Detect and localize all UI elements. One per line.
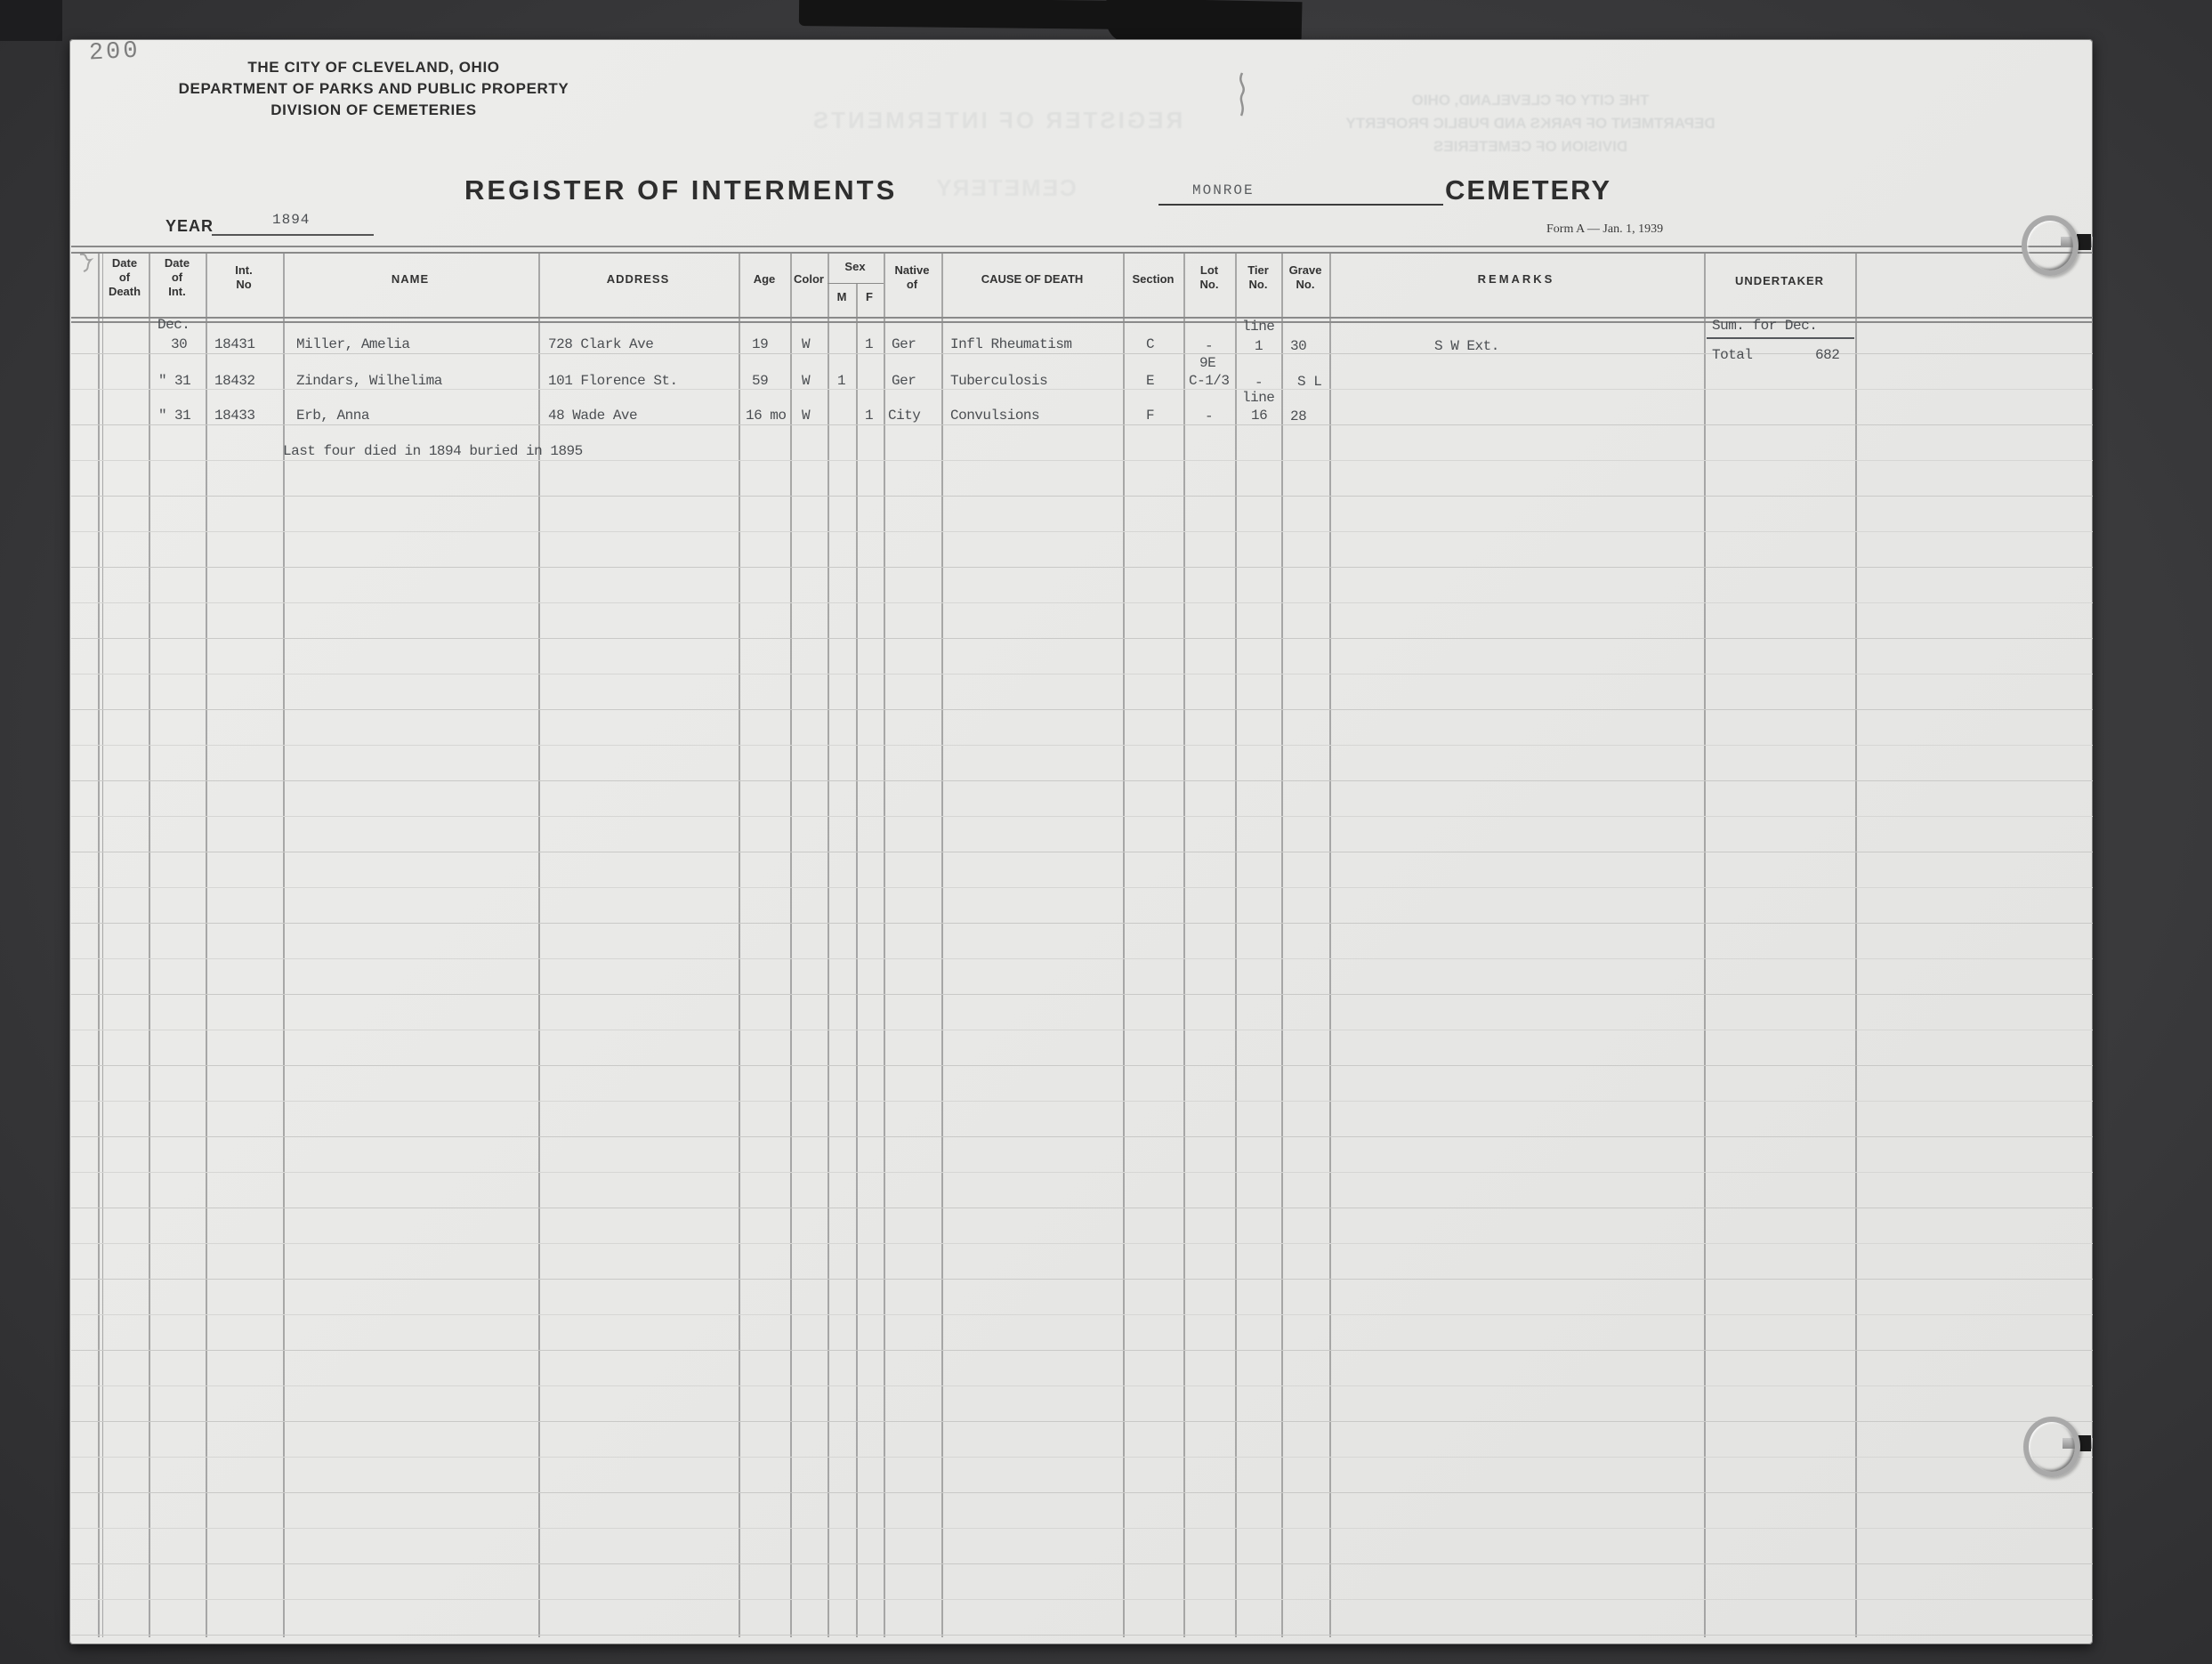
col-header-date-of-death: Date of Death <box>109 256 141 299</box>
grid-line <box>71 1492 2093 1493</box>
grid-line <box>71 923 2093 924</box>
cell-age: 59 <box>752 373 768 389</box>
scanner-bed-corner <box>0 0 62 41</box>
bleed-line: DEPARTMENT OF PARKS AND PUBLIC PROPERTY <box>1281 112 1780 135</box>
col-header-age: Age <box>754 272 776 287</box>
cell-cause: Convulsions <box>950 408 1039 424</box>
grid-line <box>71 1421 2093 1422</box>
annotation-note: Last four died in 1894 buried in 1895 <box>283 443 583 459</box>
year-value: 1894 <box>272 212 310 228</box>
cell-native-of: Ger <box>892 373 916 389</box>
form-note: Form A — Jan. 1, 1939 <box>1546 222 1663 237</box>
bleed-line: DIVISION OF CEMETERIES <box>1281 135 1780 158</box>
cell-grave: S L <box>1297 374 1321 390</box>
agency-line-3: DIVISION OF CEMETERIES <box>125 100 623 121</box>
cell-address: 101 Florence St. <box>548 373 678 389</box>
grid-line <box>71 1599 2093 1600</box>
page-title: REGISTER OF INTERMENTS <box>464 174 897 206</box>
cell-date-month: Dec. <box>157 317 190 333</box>
grid-line <box>71 460 2093 461</box>
grid-line <box>71 638 2093 639</box>
cell-date-day: 30 <box>171 336 187 352</box>
grid-line <box>71 567 2093 568</box>
cemetery-name-entry: MONROE <box>1192 182 1255 198</box>
ink-mark <box>77 251 98 274</box>
cell-address: 728 Clark Ave <box>548 336 653 352</box>
bleed-through-title: REGISTER OF INTERMENTS <box>783 107 1210 134</box>
scanned-register-page: THE CITY OF CLEVELAND, OHIO DEPARTMENT O… <box>0 0 2212 1664</box>
col-header-cause-of-death: CAUSE OF DEATH <box>981 272 1084 287</box>
grid-line <box>71 958 2093 959</box>
col-header-sex-m: M <box>837 290 847 304</box>
page-number-stamp: 200 <box>88 38 141 68</box>
summary-total-label: Total <box>1712 347 1753 363</box>
grid-line <box>71 1528 2093 1529</box>
grid-line <box>71 353 2093 354</box>
bleed-line: THE CITY OF CLEVELAND, OHIO <box>1281 89 1780 112</box>
grid-line <box>71 1457 2093 1458</box>
agency-line-2: DEPARTMENT OF PARKS AND PUBLIC PROPERTY <box>125 78 623 100</box>
cell-name: Zindars, Wilhelima <box>296 373 442 389</box>
cell-lot: - <box>1205 408 1213 424</box>
cell-color: W <box>802 373 810 389</box>
cell-section: C <box>1146 336 1154 352</box>
cell-date-day: 31 <box>174 373 190 389</box>
grid-line <box>71 389 2093 390</box>
grid-line <box>71 1030 2093 1030</box>
cell-tier-l1: line <box>1242 319 1274 335</box>
grid-line <box>71 745 2093 746</box>
grid-line <box>71 1279 2093 1280</box>
cell-int-no: 18432 <box>214 373 255 389</box>
grid-line <box>71 246 2093 247</box>
summary-total-value: 682 <box>1815 347 1839 363</box>
bleed-through-agency: THE CITY OF CLEVELAND, OHIO DEPARTMENT O… <box>1281 89 1780 158</box>
cell-grave: 28 <box>1290 408 1306 424</box>
col-header-address: ADDRESS <box>607 272 670 287</box>
cell-remarks: S W Ext. <box>1434 338 1499 354</box>
cell-lot: - <box>1205 338 1213 354</box>
cell-date-month: ″ <box>158 408 166 424</box>
grid-line <box>71 1243 2093 1244</box>
cell-cause: Infl Rheumatism <box>950 336 1072 352</box>
summary-underline <box>1707 337 1854 339</box>
grid-line <box>71 1635 2093 1636</box>
col-header-native-of: Native of <box>894 263 929 292</box>
grid-line <box>71 1314 2093 1315</box>
grid-line <box>827 283 884 284</box>
col-header-undertaker: UNDERTAKER <box>1735 274 1824 288</box>
col-header-section: Section <box>1133 272 1175 287</box>
cell-date-day: 31 <box>174 408 190 424</box>
col-header-remarks: REMARKS <box>1478 272 1555 287</box>
agency-line-1: THE CITY OF CLEVELAND, OHIO <box>125 57 623 78</box>
grid-line <box>71 1065 2093 1066</box>
cell-age: 16 mo <box>746 408 787 424</box>
ring-bolt <box>2077 234 2091 250</box>
col-header-lot-no: Lot No. <box>1200 263 1219 292</box>
grid-line <box>71 1101 2093 1102</box>
cell-native-of: City <box>888 408 920 424</box>
cell-sex-f: 1 <box>865 336 873 352</box>
summary-title: Sum. for Dec. <box>1712 318 1817 334</box>
col-header-date-of-int: Date of Int. <box>165 256 190 299</box>
cell-name: Miller, Amelia <box>296 336 409 352</box>
ring-icon <box>2022 215 2079 276</box>
grid-line <box>71 496 2093 497</box>
year-label: YEAR <box>165 217 214 236</box>
grid-line <box>71 1385 2093 1386</box>
grid-line <box>71 887 2093 888</box>
grid-line <box>71 1136 2093 1137</box>
col-header-color: Color <box>794 272 824 287</box>
cell-color: W <box>802 408 810 424</box>
cell-int-no: 18431 <box>214 336 255 352</box>
cell-native-of: Ger <box>892 336 916 352</box>
cell-name: Erb, Anna <box>296 408 369 424</box>
cell-color: W <box>802 336 810 352</box>
grid-line <box>71 602 2093 603</box>
cell-tier-l2: 1 <box>1255 338 1263 354</box>
cell-age: 19 <box>752 336 768 352</box>
cell-cause: Tuberculosis <box>950 373 1047 389</box>
grid-line <box>71 1350 2093 1351</box>
cell-tier-l2: 16 <box>1251 408 1267 424</box>
cell-grave: 30 <box>1290 338 1306 354</box>
grid-line <box>71 1172 2093 1173</box>
grid-line <box>71 252 2093 254</box>
grid-line <box>71 1208 2093 1208</box>
cell-tier-l1: line <box>1242 390 1274 406</box>
col-header-int-no: Int. No <box>235 263 253 292</box>
grid-line <box>71 852 2093 852</box>
grid-line <box>71 816 2093 817</box>
grid-line <box>71 1563 2093 1564</box>
cell-int-no: 18433 <box>214 408 255 424</box>
cemetery-label: CEMETERY <box>1445 174 1611 206</box>
ink-mark <box>1230 69 1265 123</box>
cell-section: F <box>1146 408 1154 424</box>
ring-icon <box>2023 1417 2080 1477</box>
cell-sex-f: 1 <box>865 408 873 424</box>
bleed-through-cemetery: CEMETERY <box>872 174 1139 202</box>
col-header-sex: Sex <box>844 260 865 274</box>
cell-tier-l2: - <box>1255 375 1263 391</box>
grid-line <box>71 709 2093 710</box>
col-header-sex-f: F <box>866 290 873 304</box>
agency-heading: THE CITY OF CLEVELAND, OHIO DEPARTMENT O… <box>125 57 623 121</box>
cell-address: 48 Wade Ave <box>548 408 637 424</box>
grid-line <box>856 283 858 1637</box>
grid-line <box>71 531 2093 532</box>
cell-sex-m: 1 <box>837 373 845 389</box>
grid-line <box>71 994 2093 995</box>
col-header-name: NAME <box>392 272 429 287</box>
col-header-grave-no: Grave No. <box>1289 263 1322 292</box>
cell-lot-l2: C-1/3 <box>1189 373 1230 389</box>
year-line <box>212 234 374 236</box>
grid-line <box>71 780 2093 781</box>
cell-date-month: ″ <box>158 373 166 389</box>
grid-line <box>71 674 2093 674</box>
cemetery-name-line <box>1158 204 1443 206</box>
cell-section: E <box>1146 373 1154 389</box>
col-header-tier-no: Tier No. <box>1247 263 1269 292</box>
grid-line <box>71 424 2093 425</box>
cell-lot-l1: 9E <box>1199 355 1215 371</box>
